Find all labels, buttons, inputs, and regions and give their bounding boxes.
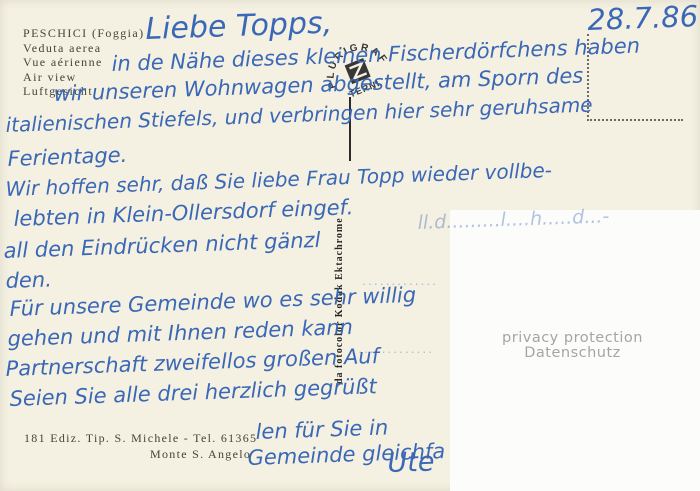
privacy-line-de: Datenschutz — [470, 346, 675, 361]
faded-ink-dots: ············· — [362, 276, 438, 291]
message-line: Ferientage. — [7, 143, 127, 171]
postcard-scan: PESCHICI (Foggia) Veduta aerea Vue aérie… — [0, 0, 700, 491]
privacy-watermark: privacy protection Datenschutz — [470, 331, 675, 361]
message-line: Für unsere Gemeinde wo es sehr willig — [9, 283, 416, 321]
message-line: den. — [5, 267, 52, 293]
publisher-line1: 181 Ediz. Tip. S. Michele - Tel. 61365 — [24, 430, 257, 446]
message-line: gehen und mit Ihnen reden kann — [7, 315, 353, 351]
faded-ink-dots: ············· — [358, 344, 434, 359]
message-line: Seien Sie alle drei herzlich gegrüßt — [9, 374, 377, 411]
privacy-line-en: privacy protection — [470, 331, 675, 346]
message-line: Liebe Topps, — [145, 6, 333, 47]
message-line: lebten in Klein-Ollersdorf eingef. — [13, 195, 354, 231]
message-line: len für Sie in — [255, 415, 388, 444]
publisher-credit: 181 Ediz. Tip. S. Michele - Tel. 61365 M… — [24, 430, 257, 462]
signature: Ute — [387, 446, 435, 479]
handwritten-date: 28.7.86 — [587, 0, 699, 37]
message-line: all den Eindrücken nicht gänzl — [3, 228, 321, 263]
publisher-line2: Monte S. Angelo — [150, 446, 257, 462]
caption-title: PESCHICI (Foggia) — [23, 26, 144, 41]
